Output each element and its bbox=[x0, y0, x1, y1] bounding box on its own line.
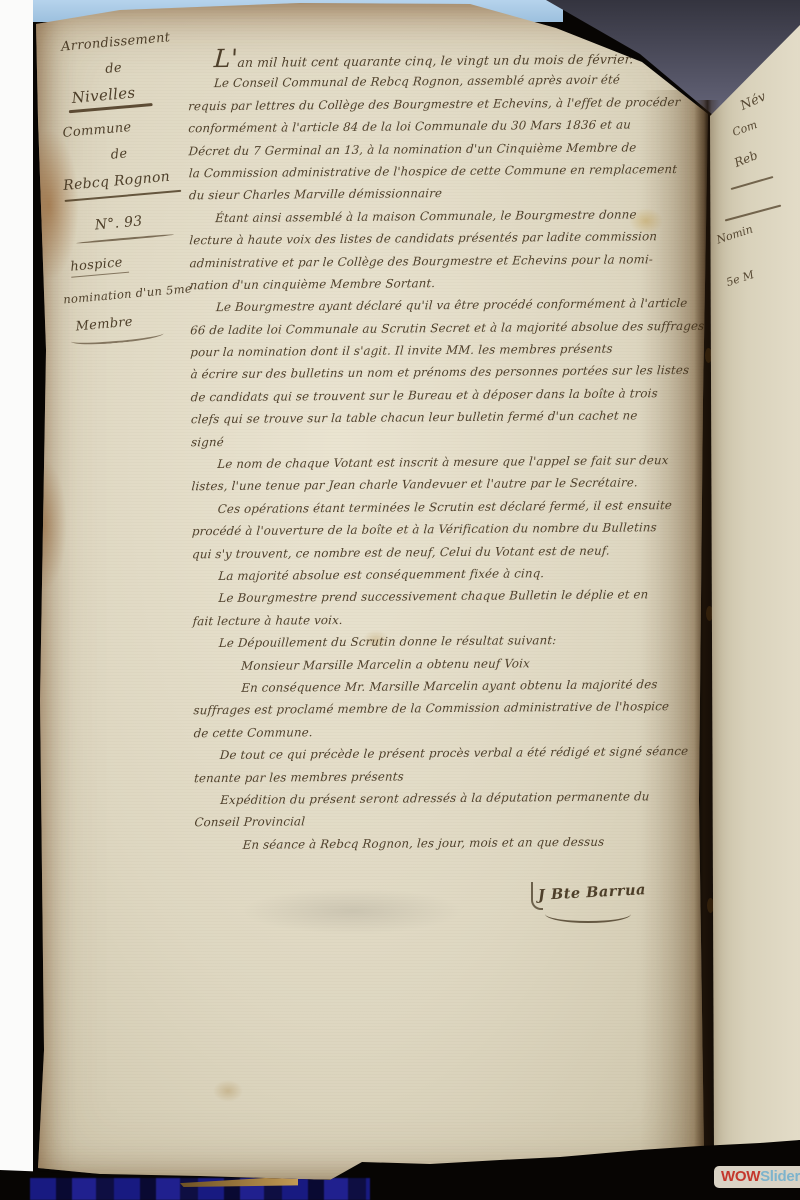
facing-page-text-fragment: Com bbox=[731, 118, 759, 139]
margin-note-line: Nivelles bbox=[71, 83, 136, 106]
signature-flourish bbox=[531, 882, 543, 910]
watermark-slider-text: Slider bbox=[760, 1168, 800, 1185]
manuscript-body-text: L'an mil huit cent quarante cinq, le vin… bbox=[187, 50, 718, 861]
margin-underline bbox=[731, 176, 774, 190]
margin-note-line: hospice bbox=[70, 255, 124, 275]
facing-page: ArrondNévComRebNomin5e M bbox=[706, 0, 800, 1160]
manuscript-page: ArrondissementdeNivellesCommunedeRebcq R… bbox=[33, 0, 710, 1186]
margin-note-line: Membre bbox=[75, 315, 133, 335]
binding-stitch bbox=[707, 898, 714, 913]
pencil-smudge bbox=[243, 888, 463, 934]
signature-flourish bbox=[545, 905, 631, 923]
margin-note-line: de bbox=[105, 61, 123, 77]
margin-note-line: nomination d'un 5me bbox=[63, 281, 193, 306]
margin-note-line: N°. 93 bbox=[94, 213, 143, 233]
facing-page-text-fragment: Név bbox=[738, 89, 768, 113]
photo-left-border bbox=[0, 0, 33, 1180]
facing-page-text-fragment: 5e M bbox=[725, 268, 756, 289]
paper-stain bbox=[213, 1080, 243, 1102]
margin-note-line: Commune bbox=[62, 120, 132, 141]
blue-cloth bbox=[30, 1178, 370, 1200]
margin-note-line: Arrondissement bbox=[61, 30, 171, 54]
wowslider-watermark[interactable]: WOWSlider bbox=[714, 1166, 800, 1188]
slideshow-frame: ArrondissementdeNivellesCommunedeRebcq R… bbox=[0, 0, 800, 1200]
facing-page-text-fragment: Reb bbox=[732, 148, 759, 170]
margin-note-line: de bbox=[110, 146, 128, 162]
signature: J Bte Barrua bbox=[538, 881, 647, 904]
watermark-wow-text: WOW bbox=[721, 1168, 760, 1185]
facing-page-text-fragment: Nomin bbox=[715, 223, 754, 247]
margin-underline bbox=[725, 205, 782, 222]
margin-note-line: Rebcq Rognon bbox=[63, 169, 171, 194]
manuscript-line: En séance à Rebcq Rognon, les jour, mois… bbox=[242, 833, 719, 860]
